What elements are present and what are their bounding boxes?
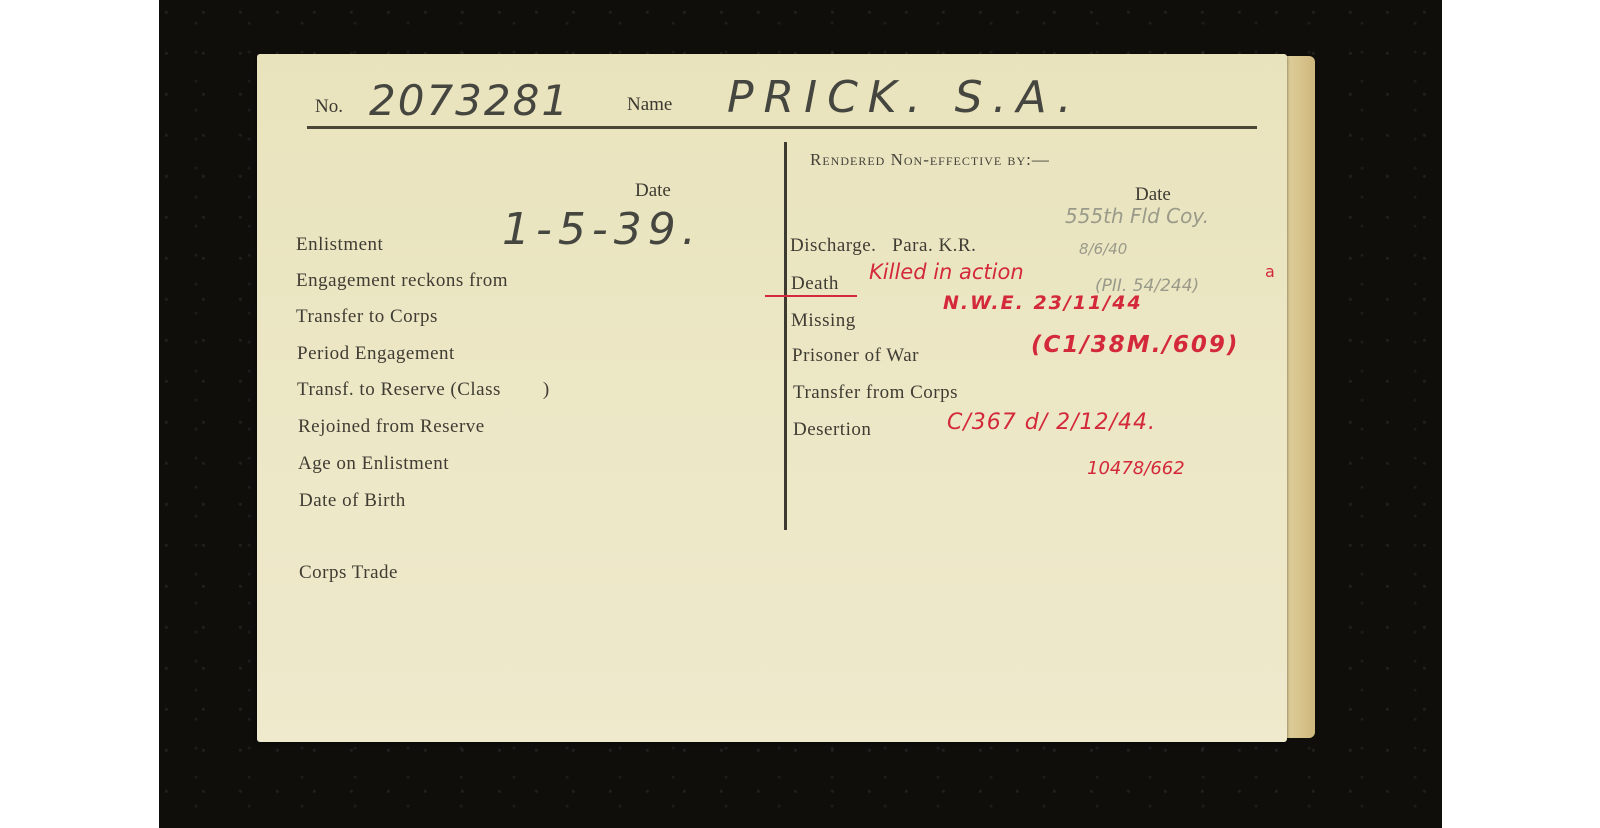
death-cause-note: Killed in action [869,260,1024,284]
field-discharge: Discharge. Para. K.R. [790,235,976,257]
desertion-note: C/367 d/ 2/12/44. [947,410,1156,435]
header-rule [307,126,1257,129]
field-corps-trade: Corps Trade [299,562,398,584]
death-location-date-note: N.W.E. 23/11/44 [943,292,1143,314]
name-label: Name [627,94,672,116]
name-value: PRICK. S.A. [727,72,1081,123]
number-label: No. [315,96,343,118]
field-prisoner-of-war: Prisoner of War [792,345,919,367]
field-period-engagement: Period Engagement [297,343,455,365]
field-age-on-enlistment: Age on Enlistment [298,453,449,475]
field-engagement-reckons: Engagement reckons from [296,270,508,292]
red-edge-mark: a [1265,262,1275,281]
left-date-header: Date [635,180,671,202]
field-transfer-to-corps: Transfer to Corps [296,306,438,328]
right-date-header: Date [1135,184,1171,206]
column-divider [784,142,787,530]
death-underline [765,295,857,297]
service-number-value: 2073281 [369,76,570,125]
card-header: No. 2073281 Name PRICK. S.A. [307,72,1237,132]
field-transf-to-reserve: Transf. to Reserve (Class ) [297,379,550,401]
field-missing: Missing [791,310,856,332]
red-reference-note-2: 10478/662 [1087,458,1185,479]
field-enlistment: Enlistment [296,234,383,256]
service-record-card: No. 2073281 Name PRICK. S.A. Date Enlist… [257,54,1287,742]
enlistment-date-value: 1-5-39. [502,204,702,255]
field-death: Death [791,273,839,295]
non-effective-title: Rendered Non-effective by:— [810,150,1050,170]
pencil-unit-note: 555th Fld Coy. [1065,204,1209,228]
field-desertion: Desertion [793,419,871,441]
red-reference-note-1: (C1/38M./609) [1031,332,1239,358]
pencil-date-note: 8/6/40 [1079,240,1127,258]
field-transfer-from-corps: Transfer from Corps [793,382,958,404]
field-rejoined-from-reserve: Rejoined from Reserve [298,416,485,438]
field-date-of-birth: Date of Birth [299,490,406,512]
